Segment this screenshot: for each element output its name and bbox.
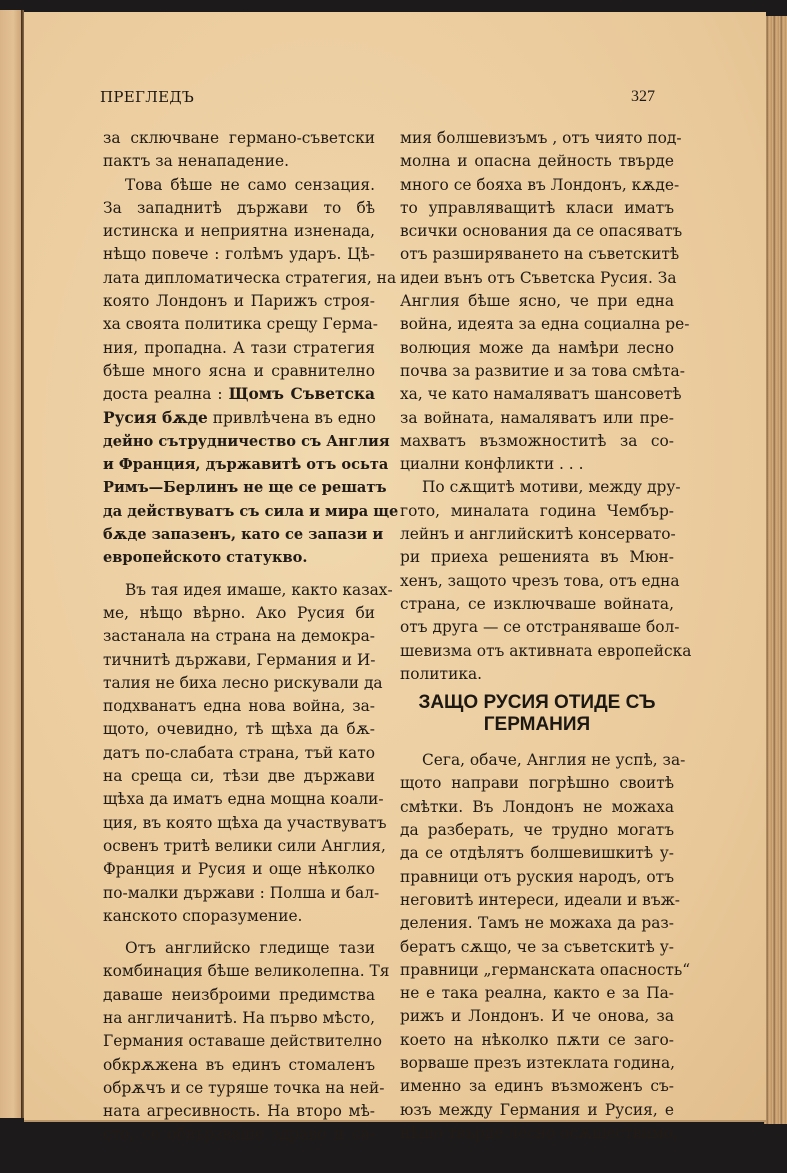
text-line: страна, се изключваше войната,	[400, 593, 674, 616]
text-line: хенъ, защото чрезъ това, отъ една	[400, 570, 674, 593]
text-line: ри приеха решенията въ Мюн-	[400, 546, 674, 569]
text-line: бератъ сѫщо, че за съветскитѣ у-	[400, 936, 674, 959]
text-line: тичнитѣ държави, Германия и И-	[103, 649, 375, 672]
text-line: ната агресивность. На второ мѣ-	[103, 1100, 375, 1123]
text-line: именно за единъ възможенъ съ-	[400, 1075, 674, 1098]
text-line: политика.	[400, 663, 674, 686]
emphasis-text: Щомъ Съветска	[229, 385, 375, 403]
text-line: канското споразумение.	[103, 905, 375, 928]
text-line: правници отъ руския народъ, отъ	[400, 866, 674, 889]
text-line: неговитѣ интереси, идеали и въж-	[400, 889, 674, 912]
text-line: щѣха да иматъ една мощна коали-	[103, 788, 375, 811]
emphasis-line: бѫде запазенъ, като се запази и	[103, 523, 375, 546]
emphasis-text: Русия бѫде	[103, 409, 208, 427]
text-line: война, идеята за една социална ре-	[400, 313, 674, 336]
text-line: бѣше много ясна и сравнително	[103, 360, 375, 383]
text-line: освенъ тритѣ велики сили Англия,	[103, 835, 375, 858]
text-line: лата дипломатическа стратегия, на	[103, 267, 375, 290]
text-line: щото, очевидно, тѣ щѣха да бѫ-	[103, 718, 375, 741]
emphasis-line: да действуватъ съ сила и мира ще	[103, 500, 375, 523]
text-line: рижъ и Лондонъ. И че онова, за	[400, 1005, 674, 1028]
text-line-mixed: доста реална : Щомъ Съветска	[103, 383, 375, 406]
text-line: идеи вънъ отъ Съветска Русия. За	[400, 267, 674, 290]
text-line: даваше неизброими предимства	[103, 984, 375, 1007]
text-line: то управляващитѣ класи иматъ	[400, 197, 674, 220]
text-line: което на нѣколко пѫти се заго-	[400, 1029, 674, 1052]
text-line: пактъ за ненападение.	[103, 150, 375, 173]
text-line: обрѫчъ и се туряше точка на ней-	[103, 1077, 375, 1100]
text-line: Въ тая идея имаше, както казах-	[103, 579, 375, 602]
heading-line: ЗАЩО РУСИЯ ОТИДЕ СЪ	[400, 692, 674, 714]
text-line: застанала на страна на демокра-	[103, 625, 375, 648]
text-line: деления. Тамъ не можаха да раз-	[400, 912, 674, 935]
text-line: махватъ възможноститѣ за со-	[400, 430, 674, 453]
left-page-edge	[0, 10, 23, 1118]
text-line: ме, нѣщо вѣрно. Ако Русия би	[103, 602, 375, 625]
text-line: да разберать, че трудно могатъ	[400, 819, 674, 842]
page-stack-edge	[764, 16, 787, 1124]
text-line: талия не биха лесно рискували да	[103, 672, 375, 695]
text-line: циални конфликти . . .	[400, 453, 674, 476]
text-line: отъ разширяването на съветскитѣ	[400, 243, 674, 266]
text-line: шевизма отъ активната европейска	[400, 640, 674, 663]
text-line: датъ по-слабата страна, тъй като	[103, 742, 375, 765]
text-line: Това бѣше не само сензация.	[103, 174, 375, 197]
text-line: отъ друга — се отстраняваше бол-	[400, 616, 674, 639]
text-line: смѣтки. Въ Лондонъ не можаха	[400, 796, 674, 819]
text-line: обкрѫжена въ единъ стомаленъ	[103, 1054, 375, 1077]
emphasis-line: дейно сътрудничество съ Англия	[103, 430, 375, 453]
heading-line: ГЕРМАНИЯ	[400, 714, 674, 736]
text-line: лейнъ и английскитѣ консервато-	[400, 523, 674, 546]
emphasis-line: Римъ—Берлинъ не ще се решатъ	[103, 476, 375, 499]
text-segment: привлѣчена въ едно	[213, 409, 376, 427]
text-line: много се бояха въ Лондонъ, кѫде-	[400, 174, 674, 197]
text-line: ния, пропадна. А тази стратегия	[103, 337, 375, 360]
text-line: щото направи погрѣшно своитѣ	[400, 772, 674, 795]
section-heading: ЗАЩО РУСИЯ ОТИДЕ СЪ ГЕРМАНИЯ	[400, 692, 674, 736]
text-line: Сега, обаче, Англия не успѣ, за-	[400, 749, 674, 772]
page-number: 327	[631, 88, 655, 106]
text-line: почва за развитие и за това смѣта-	[400, 360, 674, 383]
text-line: По сѫщитѣ мотиви, между дру-	[400, 476, 674, 499]
text-line: Англия бѣше ясно, че при една	[400, 290, 674, 313]
text-line: нѣщо твърде лесно осѫществимо,	[400, 1122, 674, 1145]
text-line: сто, се обвързваше здраво и са-	[103, 1123, 375, 1146]
page-header: ПРЕГЛЕДЪ 327	[100, 88, 655, 110]
text-line: Отъ английско гледище тази	[103, 937, 375, 960]
text-line: нѣщо повече : голѣмъ ударъ. Цѣ-	[103, 243, 375, 266]
text-line: мия болшевизъмъ , отъ чиято под-	[400, 127, 674, 150]
text-line: истинска и неприятна изненада,	[103, 220, 375, 243]
running-head: ПРЕГЛЕДЪ	[100, 88, 194, 106]
text-line: ворваше презъ изтеклата година,	[400, 1052, 674, 1075]
text-line: За западнитѣ държави то бѣ	[103, 197, 375, 220]
text-line: комбинация бѣше великолепна. Тя	[103, 960, 375, 983]
text-line-mixed: Русия бѫде привлѣчена въ едно	[103, 407, 375, 430]
left-column: за сключване германо-съветски пактъ за н…	[103, 127, 375, 1147]
text-line: волюция може да намѣри лесно	[400, 337, 674, 360]
text-line: Франция и Русия и още нѣколко	[103, 858, 375, 881]
emphasis-line: и Франция, държавитѣ отъ осьта	[103, 453, 375, 476]
text-segment: доста реална :	[103, 385, 223, 403]
text-line: Германия оставаше действително	[103, 1030, 375, 1053]
emphasis-line: европейското статукво.	[103, 546, 375, 569]
text-line: молна и опасна дейность твърде	[400, 150, 674, 173]
text-line: на англичанитѣ. На първо мѣсто,	[103, 1007, 375, 1030]
right-column: мия болшевизъмъ , отъ чиято под- молна и…	[400, 127, 674, 1145]
text-line: ха, че като намаляватъ шансоветѣ	[400, 383, 674, 406]
text-line: гото, миналата година Чембър-	[400, 500, 674, 523]
text-line: ха своята политика срещу Герма-	[103, 313, 375, 336]
text-line: не е така реална, както е за Па-	[400, 982, 674, 1005]
text-line: на среща си, тѣзи две държави	[103, 765, 375, 788]
text-line: всички основания да се опасяватъ	[400, 220, 674, 243]
text-line: за сключване германо-съветски	[103, 127, 375, 150]
text-line: юзъ между Германия и Русия, е	[400, 1099, 674, 1122]
text-line: правници „германската опасность“	[400, 959, 674, 982]
text-line: по-малки държави : Полша и бал-	[103, 882, 375, 905]
text-line: за войната, намаляватъ или пре-	[400, 407, 674, 430]
text-line: подхванатъ една нова война, за-	[103, 695, 375, 718]
text-line: която Лондонъ и Парижъ строя-	[103, 290, 375, 313]
text-line: да се отдѣлятъ болшевишкитѣ у-	[400, 842, 674, 865]
text-line: ция, въ която щѣха да участвуватъ	[103, 812, 375, 835]
